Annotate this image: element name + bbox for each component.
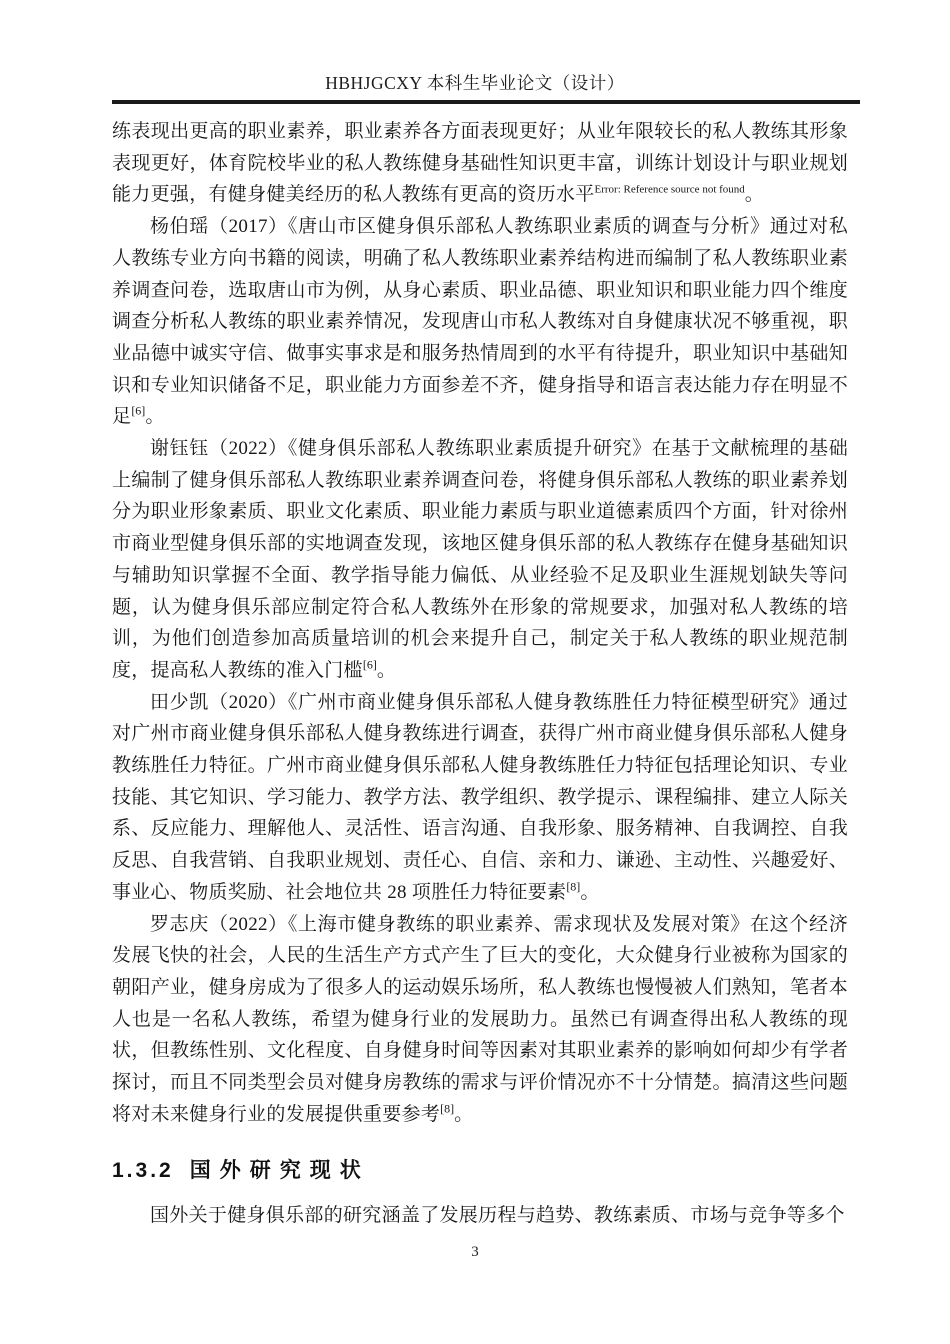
- text-run: 。: [377, 660, 396, 681]
- paragraph: 田少凯（2020）《广州市商业健身俱乐部私人健身教练胜任力特征模型研究》通过对广…: [112, 687, 848, 909]
- reference-error-superscript: Error: Reference source not found: [595, 184, 745, 196]
- text-run: 杨伯瑶（2017）《唐山市区健身俱乐部私人教练职业素质的调查与分析》通过对私人教…: [112, 216, 848, 427]
- text-run: 田少凯（2020）《广州市商业健身俱乐部私人健身教练胜任力特征模型研究》通过对广…: [112, 692, 848, 903]
- text-run: 。: [745, 184, 764, 205]
- text-run: 。: [580, 882, 599, 903]
- page-number: 3: [471, 1244, 479, 1260]
- text-run: 国外关于健身俱乐部的研究涵盖了发展历程与趋势、教练素质、市场与竞争等多个: [150, 1205, 845, 1226]
- header-title: HBHJGCXY 本科生毕业论文（设计）: [0, 70, 950, 96]
- page-footer: 3: [0, 1243, 950, 1261]
- paragraph: 谢钰钰（2022）《健身俱乐部私人教练职业素质提升研究》在基于文献梳理的基础上编…: [112, 433, 848, 687]
- paragraph: 杨伯瑶（2017）《唐山市区健身俱乐部私人教练职业素质的调查与分析》通过对私人教…: [112, 211, 848, 433]
- text-run: 罗志庆（2022）《上海市健身教练的职业素养、需求现状及发展对策》在这个经济发展…: [112, 914, 848, 1125]
- header-rule: [112, 100, 860, 104]
- paragraph: 练表现出更高的职业素养，职业素养各方面表现更好；从业年限较长的私人教练其形象表现…: [112, 116, 848, 211]
- paragraph: 国外关于健身俱乐部的研究涵盖了发展历程与趋势、教练素质、市场与竞争等多个: [112, 1200, 848, 1232]
- text-run: 谢钰钰（2022）《健身俱乐部私人教练职业素质提升研究》在基于文献梳理的基础上编…: [112, 438, 848, 681]
- citation-superscript: [6]: [363, 658, 377, 672]
- document-body: 练表现出更高的职业素养，职业素养各方面表现更好；从业年限较长的私人教练其形象表现…: [112, 112, 848, 1231]
- heading-number: 1.3.2: [112, 1159, 174, 1182]
- citation-superscript: [8]: [440, 1101, 454, 1115]
- paragraph: 罗志庆（2022）《上海市健身教练的职业素养、需求现状及发展对策》在这个经济发展…: [112, 909, 848, 1131]
- text-run: 。: [454, 1104, 473, 1125]
- citation-superscript: [6]: [131, 404, 145, 418]
- heading-title: 国外研究现状: [190, 1159, 370, 1182]
- section-heading: 1.3.2国外研究现状: [112, 1156, 848, 1186]
- text-run: 。: [145, 406, 164, 427]
- citation-superscript: [8]: [566, 880, 580, 894]
- page: HBHJGCXY 本科生毕业论文（设计） 练表现出更高的职业素养，职业素养各方面…: [0, 0, 950, 1344]
